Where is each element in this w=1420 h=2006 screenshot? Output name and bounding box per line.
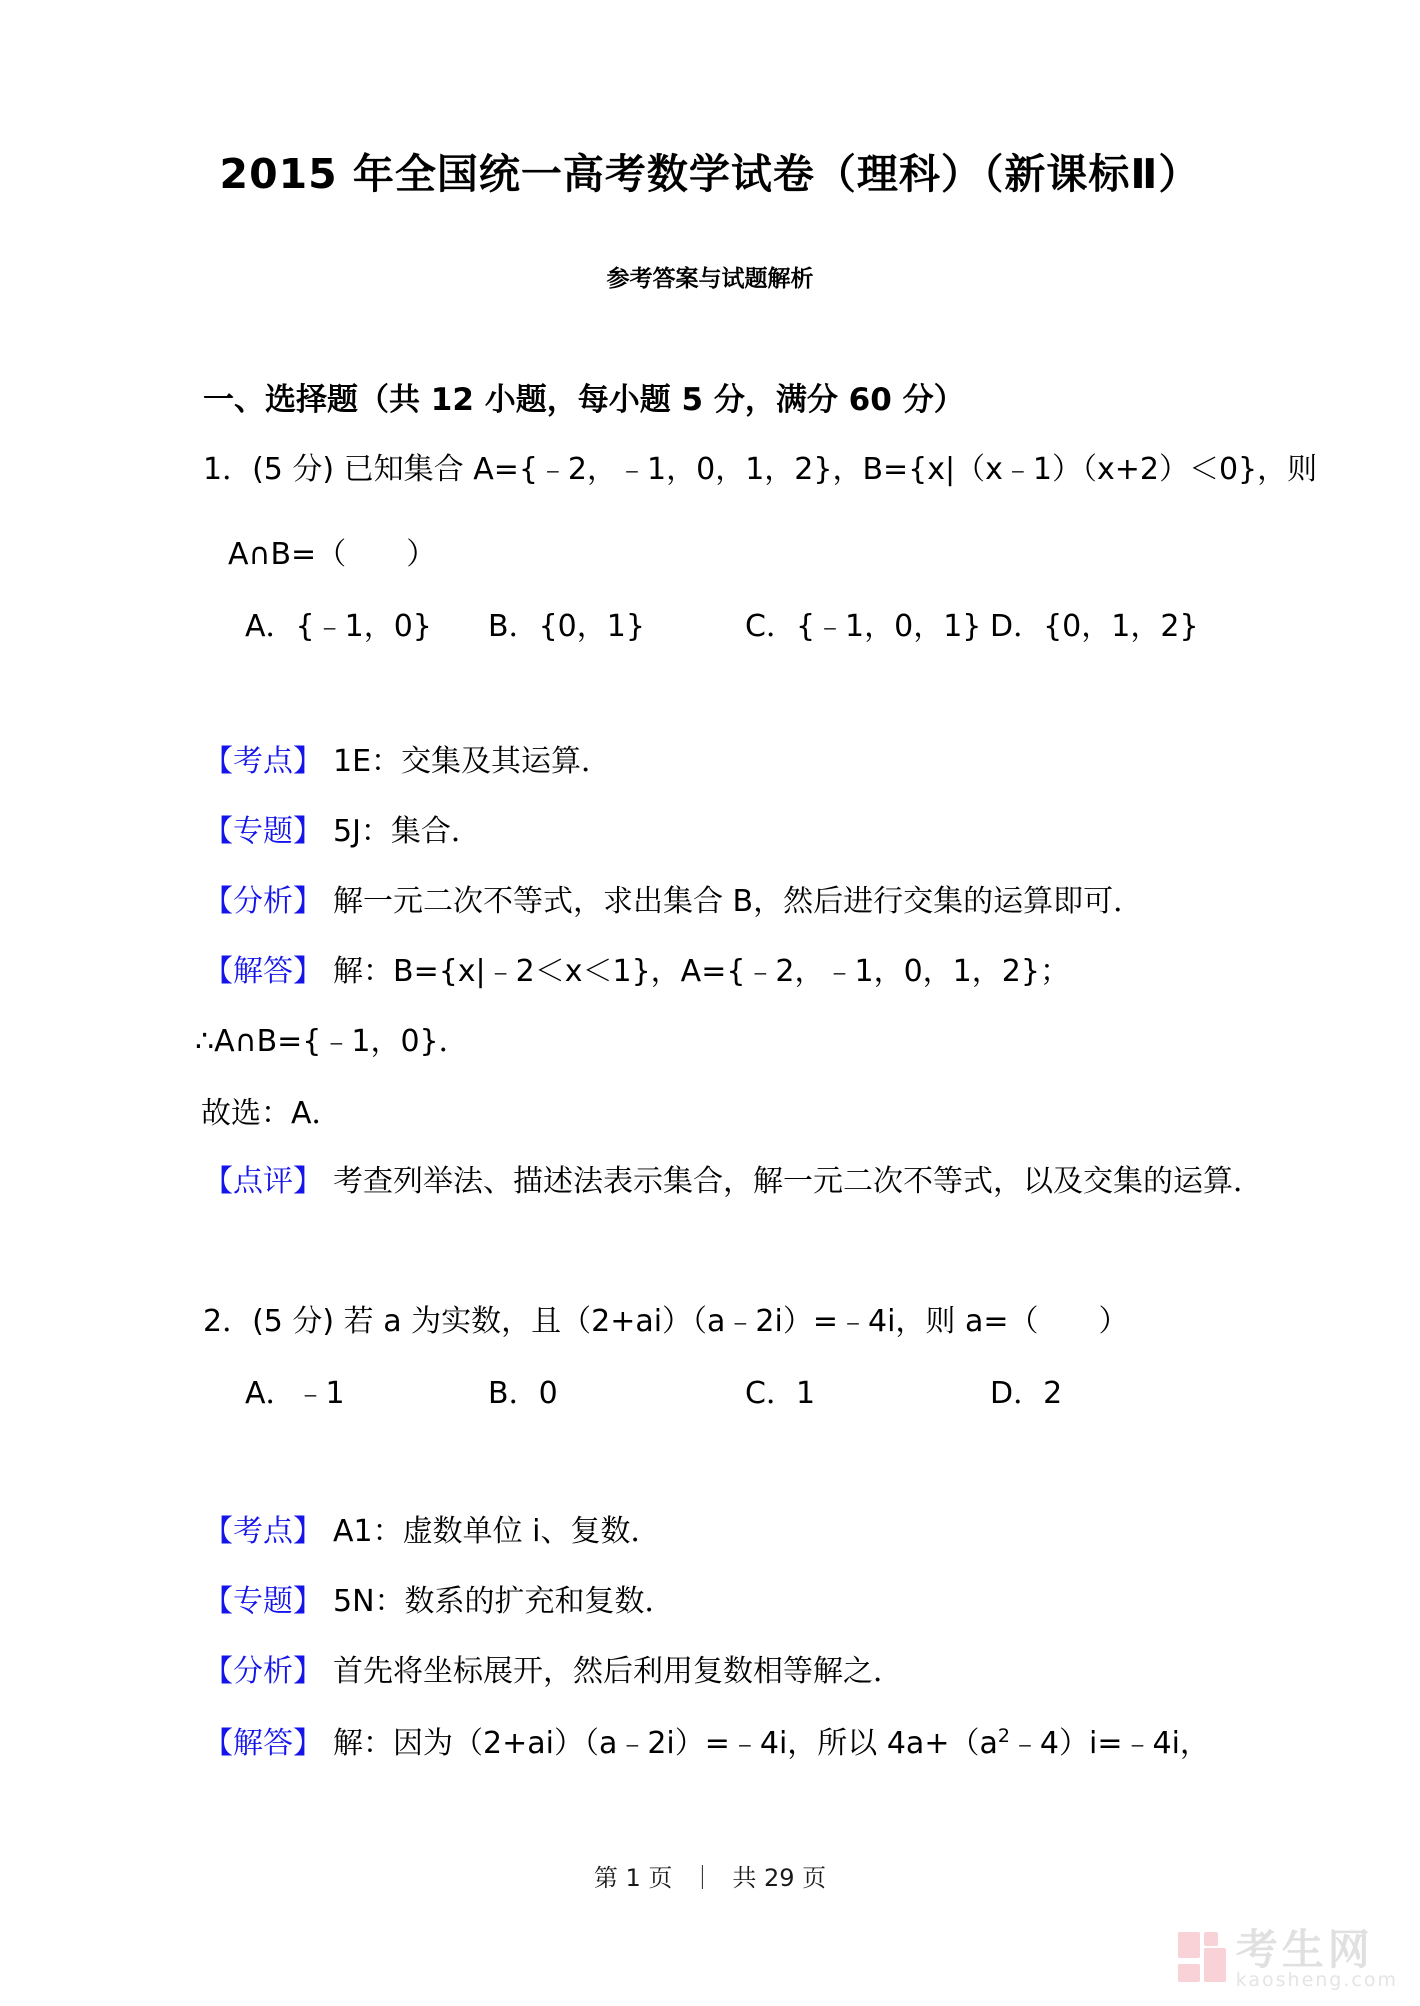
jieda-tag: 【解答】 [203, 954, 323, 989]
watermark: 考生网 kaosheng.com [1178, 1930, 1398, 1990]
question-2-option-b: B．0 [488, 1374, 558, 1414]
watermark-site-name: 考生网 [1236, 1930, 1398, 1970]
dianping-text: 考查列举法、描述法表示集合，解一元二次不等式，以及交集的运算． [333, 1164, 1263, 1199]
zhuanti-tag: 【专题】 [203, 1584, 323, 1619]
footer-total-pages: 共 29 页 [732, 1864, 826, 1892]
question-2-stem: 2．(5 分) 若 a 为实数，且（2+ai）（a﹣2i）=﹣4i，则 a=（ … [203, 1302, 1128, 1342]
question-2-option-a: A．﹣1 [245, 1374, 345, 1414]
fenxi-text: 首先将坐标展开，然后利用复数相等解之． [333, 1654, 903, 1689]
kaodian-text: A1：虚数单位 i、复数． [333, 1514, 660, 1549]
question-1-option-a: A．{﹣1，0} [245, 607, 432, 647]
question-1-option-b: B．{0，1} [488, 607, 645, 647]
question-2-option-c: C．1 [745, 1374, 815, 1414]
jieda-text: 解：B={x|﹣2＜x＜1}，A={﹣2，﹣1，0，1，2}； [333, 954, 1070, 989]
question-1-option-c: C．{﹣1，0，1} [745, 607, 981, 647]
question-2-fenxi-line: 【分析】首先将坐标展开，然后利用复数相等解之． [203, 1652, 903, 1692]
zhuanti-text: 5N：数系的扩充和复数． [333, 1584, 675, 1619]
question-2-zhuanti-line: 【专题】5N：数系的扩充和复数． [203, 1582, 675, 1622]
question-1-stem-line2: A∩B=（ ） [228, 535, 436, 575]
page-subtitle: 参考答案与试题解析 [0, 260, 1420, 293]
dianping-tag: 【点评】 [203, 1164, 323, 1199]
question-1-stem-line1: 1．(5 分) 已知集合 A={﹣2，﹣1，0，1，2}，B={x|（x﹣1）（… [203, 450, 1317, 490]
fenxi-text: 解一元二次不等式，求出集合 B，然后进行交集的运算即可． [333, 884, 1143, 919]
question-1-fenxi-line: 【分析】解一元二次不等式，求出集合 B，然后进行交集的运算即可． [203, 882, 1143, 922]
kaodian-tag: 【考点】 [203, 1514, 323, 1549]
question-2-kaodian-line: 【考点】A1：虚数单位 i、复数． [203, 1512, 660, 1552]
question-1-dianping-line: 【点评】考查列举法、描述法表示集合，解一元二次不等式，以及交集的运算． [203, 1162, 1263, 1202]
question-1-option-d: D．{0，1，2} [990, 607, 1199, 647]
document-page: 2015 年全国统一高考数学试卷（理科）（新课标Ⅱ） 参考答案与试题解析 一、选… [0, 0, 1420, 2006]
fenxi-tag: 【分析】 [203, 884, 323, 919]
kaodian-tag: 【考点】 [203, 744, 323, 779]
zhuanti-text: 5J：集合． [333, 814, 481, 849]
question-1-answer-choice: 故选：A． [201, 1094, 342, 1134]
question-1-jieda-line: 【解答】解：B={x|﹣2＜x＜1}，A={﹣2，﹣1，0，1，2}； [203, 952, 1070, 992]
zhuanti-tag: 【专题】 [203, 814, 323, 849]
watermark-domain: kaosheng.com [1236, 1970, 1398, 1990]
fenxi-tag: 【分析】 [203, 1654, 323, 1689]
question-2-jieda-line: 【解答】解：因为（2+ai）（a﹣2i）=﹣4i，所以 4a+（a2﹣4）i=﹣… [203, 1724, 1210, 1764]
footer-page-number: 第 1 页 [594, 1864, 673, 1892]
jieda-formula-post: ﹣4）i=﹣4i， [1010, 1726, 1210, 1761]
jieda-formula-pre: 解：因为（2+ai）（a﹣2i）=﹣4i，所以 4a+（a [333, 1726, 998, 1761]
kaodian-text: 1E：交集及其运算． [333, 744, 611, 779]
kaosheng-logo-icon [1178, 1930, 1226, 1984]
question-1-conclusion: ∴A∩B={﹣1，0}． [195, 1022, 469, 1062]
question-1-kaodian-line: 【考点】1E：交集及其运算． [203, 742, 611, 782]
question-1-zhuanti-line: 【专题】5J：集合． [203, 812, 481, 852]
page-title: 2015 年全国统一高考数学试卷（理科）（新课标Ⅱ） [0, 141, 1420, 200]
question-2-option-d: D．2 [990, 1374, 1062, 1414]
jieda-tag: 【解答】 [203, 1726, 323, 1761]
page-footer: 第 1 页｜共 29 页 [0, 1858, 1420, 1893]
section-header: 一、选择题（共 12 小题，每小题 5 分，满分 60 分） [203, 380, 965, 420]
footer-separator: ｜ [690, 1864, 714, 1892]
jieda-formula-exponent: 2 [998, 1725, 1010, 1747]
